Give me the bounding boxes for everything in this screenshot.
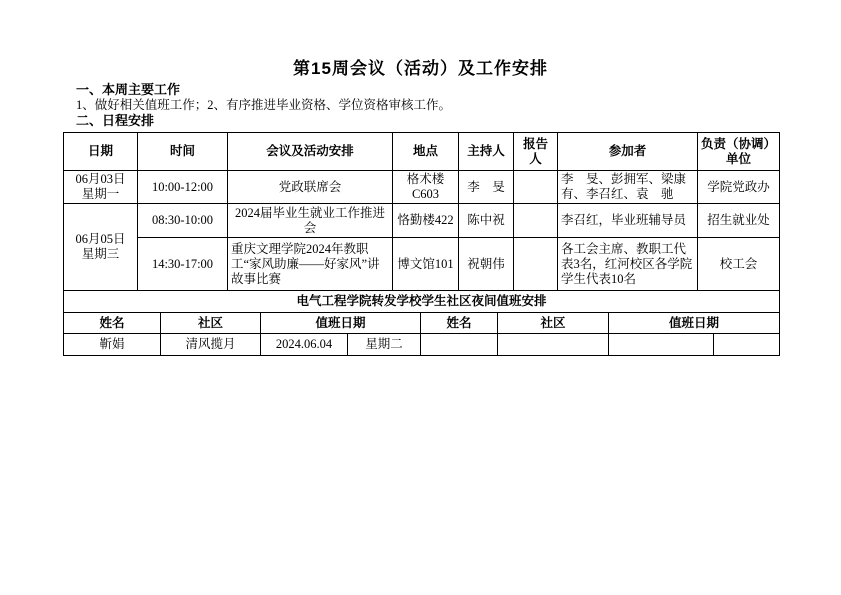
- duty-name-cell: [421, 334, 498, 356]
- duty-section-title: 电气工程学院转发学校学生社区夜间值班安排: [64, 291, 780, 313]
- time-cell: 10:00-12:00: [138, 171, 228, 204]
- section1-heading: 一、本周主要工作: [76, 83, 841, 97]
- duty-community-cell: 清风揽月: [161, 334, 261, 356]
- weekday-text: 星期一: [67, 187, 134, 202]
- duty-header-row: 姓名 社区 值班日期 姓名 社区 值班日期: [64, 313, 780, 334]
- column-header-time: 时间: [138, 133, 228, 171]
- participants-cell: 李 旻、彭拥军、梁康有、李召红、袁 驰: [558, 171, 698, 204]
- reporter-cell: [514, 171, 558, 204]
- date-text: 06月03日: [67, 172, 134, 187]
- duty-name-cell: 靳娟: [64, 334, 161, 356]
- column-header-reporter: 报告人: [514, 133, 558, 171]
- unit-cell: 校工会: [698, 238, 780, 291]
- column-header-host: 主持人: [459, 133, 514, 171]
- participants-cell: 各工会主席、教职工代表3名，红河校区各学院学生代表10名: [558, 238, 698, 291]
- duty-header-name: 姓名: [421, 313, 498, 334]
- duty-header-community: 社区: [161, 313, 261, 334]
- date-cell: 06月05日 星期三: [64, 204, 138, 291]
- column-header-location: 地点: [393, 133, 459, 171]
- reporter-cell: [514, 204, 558, 238]
- location-cell: 博文馆101: [393, 238, 459, 291]
- duty-data-row: 靳娟 清风揽月 2024.06.04 星期二: [64, 334, 780, 356]
- duty-weekday-cell: 星期二: [348, 334, 421, 356]
- participants-cell: 李召红，毕业班辅导员: [558, 204, 698, 238]
- location-cell: 格术楼C603: [393, 171, 459, 204]
- reporter-cell: [514, 238, 558, 291]
- section1-body: 1、做好相关值班工作；2、有序推进毕业资格、学位资格审核工作。: [76, 98, 841, 112]
- duty-date-cell: 2024.06.04: [261, 334, 348, 356]
- column-header-unit: 负责（协调）单位: [698, 133, 780, 171]
- event-cell: 2024届毕业生就业工作推进会: [228, 204, 393, 238]
- schedule-row: 14:30-17:00 重庆文理学院2024年教职工“家风助廉——好家风”讲故事…: [64, 238, 780, 291]
- schedule-table: 日期 时间 会议及活动安排 地点 主持人 报告人 参加者 负责（协调）单位 06…: [63, 132, 780, 291]
- host-cell: 陈中祝: [459, 204, 514, 238]
- document-page: 第15周会议（活动）及工作安排 一、本周主要工作 1、做好相关值班工作；2、有序…: [0, 0, 841, 595]
- schedule-row: 06月05日 星期三 08:30-10:00 2024届毕业生就业工作推进会 恪…: [64, 204, 780, 238]
- duty-date-cell: [609, 334, 714, 356]
- time-cell: 14:30-17:00: [138, 238, 228, 291]
- column-header-event: 会议及活动安排: [228, 133, 393, 171]
- duty-header-date: 值班日期: [609, 313, 780, 334]
- duty-weekday-cell: [714, 334, 780, 356]
- column-header-participants: 参加者: [558, 133, 698, 171]
- schedule-row: 06月03日 星期一 10:00-12:00 党政联席会 格术楼C603 李 旻…: [64, 171, 780, 204]
- schedule-header-row: 日期 时间 会议及活动安排 地点 主持人 报告人 参加者 负责（协调）单位: [64, 133, 780, 171]
- location-cell: 恪勤楼422: [393, 204, 459, 238]
- weekday-text: 星期三: [67, 247, 134, 262]
- duty-header-community: 社区: [498, 313, 609, 334]
- event-cell: 重庆文理学院2024年教职工“家风助廉——好家风”讲故事比赛: [228, 238, 393, 291]
- duty-community-cell: [498, 334, 609, 356]
- section2-heading: 二、日程安排: [76, 114, 841, 128]
- unit-cell: 招生就业处: [698, 204, 780, 238]
- document-content: 第15周会议（活动）及工作安排 一、本周主要工作 1、做好相关值班工作；2、有序…: [0, 57, 841, 356]
- host-cell: 祝朝伟: [459, 238, 514, 291]
- duty-header-name: 姓名: [64, 313, 161, 334]
- unit-cell: 学院党政办: [698, 171, 780, 204]
- page-title: 第15周会议（活动）及工作安排: [0, 57, 841, 81]
- date-text: 06月05日: [67, 232, 134, 247]
- duty-header-date: 值班日期: [261, 313, 421, 334]
- duty-section-row: 电气工程学院转发学校学生社区夜间值班安排: [64, 291, 780, 313]
- event-cell: 党政联席会: [228, 171, 393, 204]
- host-cell: 李 旻: [459, 171, 514, 204]
- duty-table: 电气工程学院转发学校学生社区夜间值班安排 姓名 社区 值班日期 姓名 社区 值班…: [63, 290, 780, 356]
- column-header-date: 日期: [64, 133, 138, 171]
- date-cell: 06月03日 星期一: [64, 171, 138, 204]
- time-cell: 08:30-10:00: [138, 204, 228, 238]
